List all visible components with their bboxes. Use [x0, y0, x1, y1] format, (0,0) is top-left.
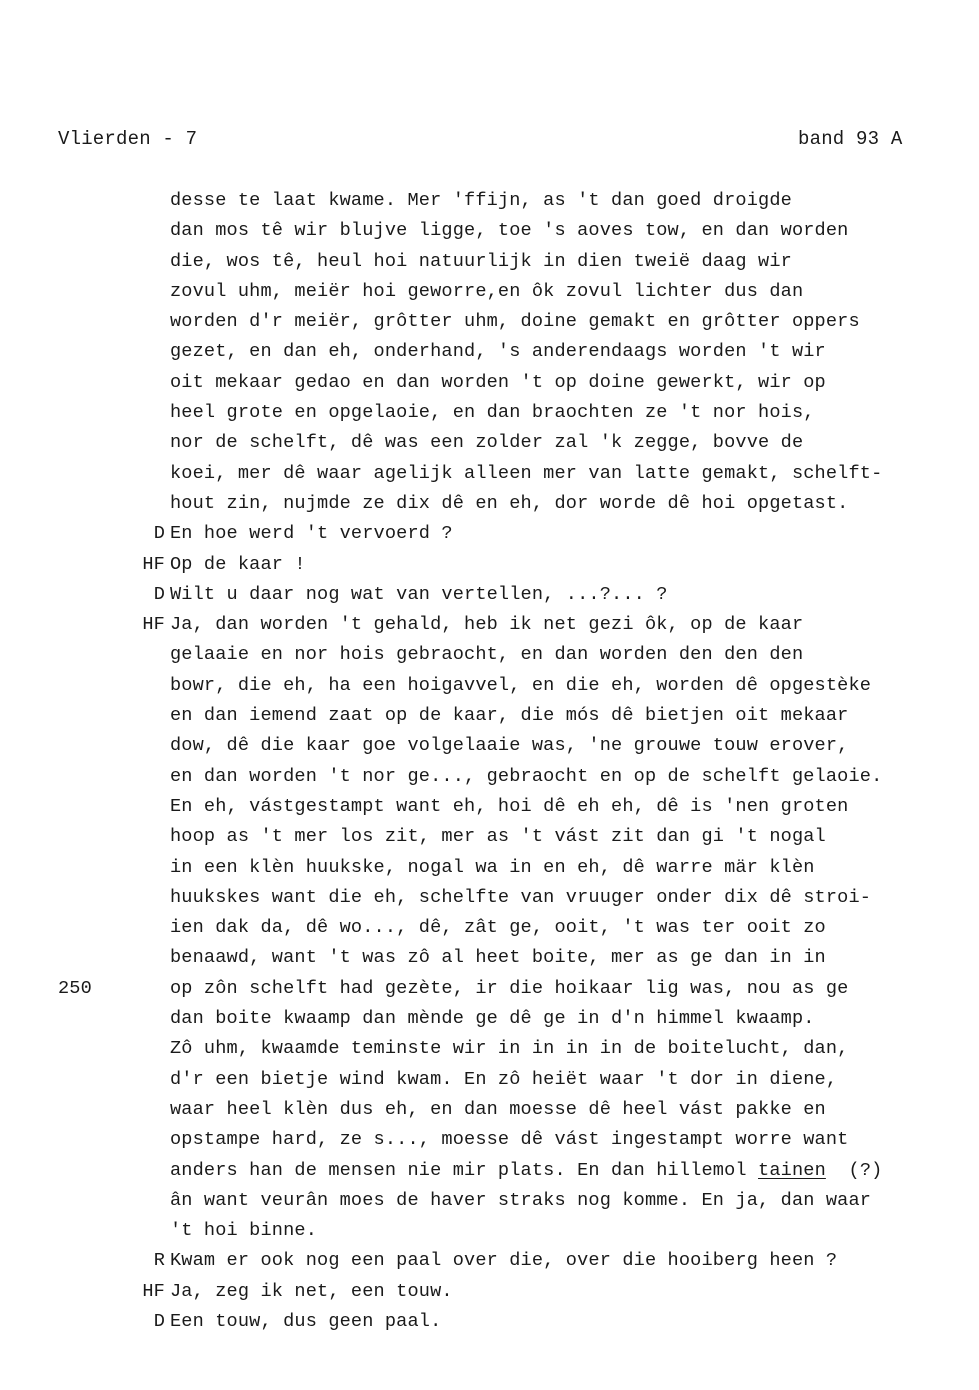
transcript-line: DEn hoe werd 't vervoerd ?: [0, 519, 979, 549]
line-text-main: Zô uhm, kwaamde teminste wir in in in in…: [170, 1038, 848, 1059]
line-text: heel grote en opgelaoie, en dan braochte…: [170, 398, 815, 428]
line-text-main: anders han de mensen nie mir plats. En d…: [170, 1160, 758, 1181]
line-text-main: heel grote en opgelaoie, en dan braochte…: [170, 402, 815, 423]
line-text: Zô uhm, kwaamde teminste wir in in in in…: [170, 1034, 848, 1064]
speaker-tag: D: [154, 580, 165, 610]
transcript-line: desse te laat kwame. Mer 'ffijn, as 't d…: [0, 186, 979, 216]
speaker-tag: HF: [142, 1277, 165, 1307]
transcript-line: heel grote en opgelaoie, en dan braochte…: [0, 398, 979, 428]
line-text: anders han de mensen nie mir plats. En d…: [170, 1156, 882, 1186]
line-text: en dan worden 't nor ge..., gebraocht en…: [170, 762, 882, 792]
line-text-main: worden d'r meiër, grôtter uhm, doine gem…: [170, 311, 860, 332]
line-text-main: Kwam er ook nog een paal over die, over …: [170, 1250, 837, 1271]
line-text-main: huukskes want die eh, schelfte van vruug…: [170, 887, 871, 908]
transcript-line: Zô uhm, kwaamde teminste wir in in in in…: [0, 1034, 979, 1064]
line-text: oit mekaar gedao en dan worden 't op doi…: [170, 368, 826, 398]
speaker-tag: HF: [142, 550, 165, 580]
transcript-body: desse te laat kwame. Mer 'ffijn, as 't d…: [0, 186, 979, 1337]
line-text: desse te laat kwame. Mer 'ffijn, as 't d…: [170, 186, 792, 216]
line-text-main: gelaaie en nor hois gebraocht, en dan wo…: [170, 644, 803, 665]
line-text: nor de schelft, dê was een zolder zal 'k…: [170, 428, 803, 458]
line-text: hout zin, nujmde ze dix dê en eh, dor wo…: [170, 489, 848, 519]
transcript-line: huukskes want die eh, schelfte van vruug…: [0, 883, 979, 913]
line-text: in een klèn huukske, nogal wa in en eh, …: [170, 853, 815, 883]
line-text-main: hoop as 't mer los zit, mer as 't vást z…: [170, 826, 826, 847]
line-text: die, wos tê, heul hoi natuurlijk in dien…: [170, 247, 792, 277]
transcript-line: 't hoi binne.: [0, 1216, 979, 1246]
line-text-main: die, wos tê, heul hoi natuurlijk in dien…: [170, 251, 792, 272]
line-text-main: Op de kaar !: [170, 554, 306, 575]
line-text-main: dow, dê die kaar goe volgelaaie was, 'ne…: [170, 735, 848, 756]
transcript-line: nor de schelft, dê was een zolder zal 'k…: [0, 428, 979, 458]
speaker-tag: D: [154, 1307, 165, 1337]
line-text-main: zovul uhm, meiër hoi geworre,en ôk zovul…: [170, 281, 803, 302]
transcript-line: anders han de mensen nie mir plats. En d…: [0, 1156, 979, 1186]
transcript-line: DWilt u daar nog wat van vertellen, ...?…: [0, 580, 979, 610]
line-text-main: Ja, dan worden 't gehald, heb ik net gez…: [170, 614, 803, 635]
transcript-line: waar heel klèn dus eh, en dan moesse dê …: [0, 1095, 979, 1125]
transcript-line: worden d'r meiër, grôtter uhm, doine gem…: [0, 307, 979, 337]
line-text-main: desse te laat kwame. Mer 'ffijn, as 't d…: [170, 190, 792, 211]
transcript-line: die, wos tê, heul hoi natuurlijk in dien…: [0, 247, 979, 277]
line-text: zovul uhm, meiër hoi geworre,en ôk zovul…: [170, 277, 803, 307]
line-text: koei, mer dê waar agelijk alleen mer van…: [170, 459, 882, 489]
line-text: waar heel klèn dus eh, en dan moesse dê …: [170, 1095, 826, 1125]
transcript-line: en dan worden 't nor ge..., gebraocht en…: [0, 762, 979, 792]
speaker-tag: R: [154, 1246, 165, 1276]
line-text-main: bowr, die eh, ha een hoigavvel, en die e…: [170, 675, 871, 696]
transcript-line: oit mekaar gedao en dan worden 't op doi…: [0, 368, 979, 398]
transcript-line: DEen touw, dus geen paal.: [0, 1307, 979, 1337]
underlined-uncertain-word: tainen: [758, 1160, 826, 1181]
transcript-line: HFOp de kaar !: [0, 550, 979, 580]
line-text: Wilt u daar nog wat van vertellen, ...?.…: [170, 580, 668, 610]
transcript-line: koei, mer dê waar agelijk alleen mer van…: [0, 459, 979, 489]
line-text-main: koei, mer dê waar agelijk alleen mer van…: [170, 463, 882, 484]
line-text: huukskes want die eh, schelfte van vruug…: [170, 883, 871, 913]
line-text-main: Wilt u daar nog wat van vertellen, ...?.…: [170, 584, 668, 605]
line-text-main: nor de schelft, dê was een zolder zal 'k…: [170, 432, 803, 453]
transcript-line: ien dak da, dê wo..., dê, zât ge, ooit, …: [0, 913, 979, 943]
line-text: Kwam er ook nog een paal over die, over …: [170, 1246, 837, 1276]
line-text-main: gezet, en dan eh, onderhand, 's anderend…: [170, 341, 826, 362]
line-text: op zôn schelft had gezète, ir die hoikaa…: [170, 974, 848, 1004]
page-header-location: Vlierden - 7: [58, 128, 197, 150]
line-text: dan mos tê wir blujve ligge, toe 's aove…: [170, 216, 848, 246]
transcript-line: HFJa, dan worden 't gehald, heb ik net g…: [0, 610, 979, 640]
line-text: d'r een bietje wind kwam. En zô heiët wa…: [170, 1065, 837, 1095]
transcript-line: en dan iemend zaat op de kaar, die mós d…: [0, 701, 979, 731]
line-text: Ja, dan worden 't gehald, heb ik net gez…: [170, 610, 803, 640]
transcript-line: ân want veurân moes de haver straks nog …: [0, 1186, 979, 1216]
line-text-main: waar heel klèn dus eh, en dan moesse dê …: [170, 1099, 826, 1120]
transcript-line: dan boite kwaamp dan mènde ge dê ge in d…: [0, 1004, 979, 1034]
line-text-main: Een touw, dus geen paal.: [170, 1311, 441, 1332]
transcript-line: gelaaie en nor hois gebraocht, en dan wo…: [0, 640, 979, 670]
line-text-main: oit mekaar gedao en dan worden 't op doi…: [170, 372, 826, 393]
transcript-page: Vlierden - 7 band 93 A desse te laat kwa…: [0, 0, 979, 1390]
line-text: Ja, zeg ik net, een touw.: [170, 1277, 453, 1307]
transcript-line: En eh, vástgestampt want eh, hoi dê eh e…: [0, 792, 979, 822]
tape-counter-number: 250: [58, 974, 92, 1004]
line-text: gezet, en dan eh, onderhand, 's anderend…: [170, 337, 826, 367]
transcript-line: dow, dê die kaar goe volgelaaie was, 'ne…: [0, 731, 979, 761]
uncertainty-mark: (?): [826, 1160, 883, 1181]
line-text: dan boite kwaamp dan mènde ge dê ge in d…: [170, 1004, 815, 1034]
transcript-line: d'r een bietje wind kwam. En zô heiët wa…: [0, 1065, 979, 1095]
line-text-main: benaawd, want 't was zô al heet boite, m…: [170, 947, 826, 968]
transcript-line: hout zin, nujmde ze dix dê en eh, dor wo…: [0, 489, 979, 519]
line-text-main: opstampe hard, ze s..., moesse dê vást i…: [170, 1129, 848, 1150]
line-text-main: dan boite kwaamp dan mènde ge dê ge in d…: [170, 1008, 815, 1029]
line-text-main: en dan worden 't nor ge..., gebraocht en…: [170, 766, 882, 787]
line-text-main: ân want veurân moes de haver straks nog …: [170, 1190, 871, 1211]
transcript-line: RKwam er ook nog een paal over die, over…: [0, 1246, 979, 1276]
line-text: Een touw, dus geen paal.: [170, 1307, 441, 1337]
speaker-tag: D: [154, 519, 165, 549]
line-text-main: in een klèn huukske, nogal wa in en eh, …: [170, 857, 815, 878]
speaker-tag: HF: [142, 610, 165, 640]
line-text-main: en dan iemend zaat op de kaar, die mós d…: [170, 705, 848, 726]
line-text-main: Ja, zeg ik net, een touw.: [170, 1281, 453, 1302]
line-text-main: ien dak da, dê wo..., dê, zât ge, ooit, …: [170, 917, 826, 938]
line-text: ien dak da, dê wo..., dê, zât ge, ooit, …: [170, 913, 826, 943]
transcript-line: bowr, die eh, ha een hoigavvel, en die e…: [0, 671, 979, 701]
transcript-line: 250op zôn schelft had gezète, ir die hoi…: [0, 974, 979, 1004]
line-text: En hoe werd 't vervoerd ?: [170, 519, 453, 549]
page-header-tape: band 93 A: [798, 128, 902, 150]
transcript-line: benaawd, want 't was zô al heet boite, m…: [0, 943, 979, 973]
line-text: 't hoi binne.: [170, 1216, 317, 1246]
line-text: benaawd, want 't was zô al heet boite, m…: [170, 943, 826, 973]
line-text-main: hout zin, nujmde ze dix dê en eh, dor wo…: [170, 493, 848, 514]
line-text: En eh, vástgestampt want eh, hoi dê eh e…: [170, 792, 848, 822]
line-text-main: op zôn schelft had gezète, ir die hoikaa…: [170, 978, 848, 999]
line-text-main: En hoe werd 't vervoerd ?: [170, 523, 453, 544]
line-text: bowr, die eh, ha een hoigavvel, en die e…: [170, 671, 871, 701]
line-text: gelaaie en nor hois gebraocht, en dan wo…: [170, 640, 803, 670]
line-text: worden d'r meiër, grôtter uhm, doine gem…: [170, 307, 860, 337]
line-text: en dan iemend zaat op de kaar, die mós d…: [170, 701, 848, 731]
transcript-line: hoop as 't mer los zit, mer as 't vást z…: [0, 822, 979, 852]
line-text: dow, dê die kaar goe volgelaaie was, 'ne…: [170, 731, 848, 761]
transcript-line: dan mos tê wir blujve ligge, toe 's aove…: [0, 216, 979, 246]
line-text-main: En eh, vástgestampt want eh, hoi dê eh e…: [170, 796, 848, 817]
line-text: Op de kaar !: [170, 550, 306, 580]
line-text-main: 't hoi binne.: [170, 1220, 317, 1241]
line-text: hoop as 't mer los zit, mer as 't vást z…: [170, 822, 826, 852]
line-text: ân want veurân moes de haver straks nog …: [170, 1186, 871, 1216]
transcript-line: in een klèn huukske, nogal wa in en eh, …: [0, 853, 979, 883]
line-text-main: dan mos tê wir blujve ligge, toe 's aove…: [170, 220, 848, 241]
transcript-line: HFJa, zeg ik net, een touw.: [0, 1277, 979, 1307]
transcript-line: zovul uhm, meiër hoi geworre,en ôk zovul…: [0, 277, 979, 307]
line-text-main: d'r een bietje wind kwam. En zô heiët wa…: [170, 1069, 837, 1090]
transcript-line: opstampe hard, ze s..., moesse dê vást i…: [0, 1125, 979, 1155]
transcript-line: gezet, en dan eh, onderhand, 's anderend…: [0, 337, 979, 367]
line-text: opstampe hard, ze s..., moesse dê vást i…: [170, 1125, 848, 1155]
